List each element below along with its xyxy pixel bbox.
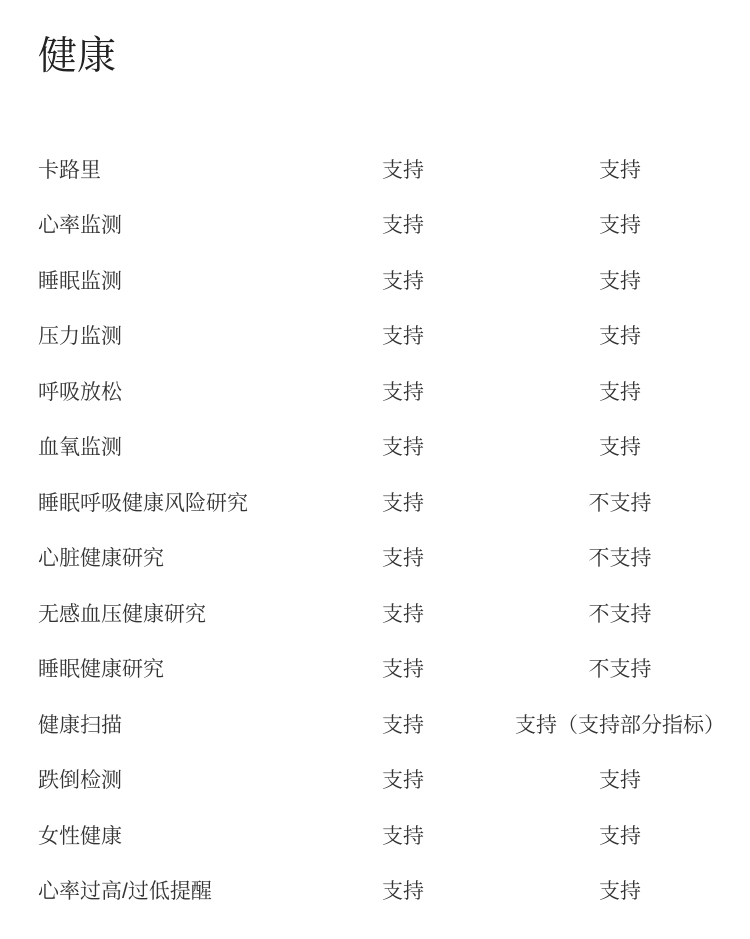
feature-label: 女性健康 — [38, 820, 292, 850]
table-row: 心率监测 支持 支持 — [38, 196, 726, 252]
support-value-device-a: 支持 — [292, 709, 514, 739]
support-value-device-b: 支持 — [514, 875, 726, 905]
feature-label: 健康扫描 — [38, 709, 292, 739]
table-row: 压力监测 支持 支持 — [38, 307, 726, 363]
support-value-device-b: 支持 — [514, 265, 726, 295]
support-value-device-a: 支持 — [292, 487, 514, 517]
feature-label: 血氧监测 — [38, 431, 292, 461]
table-row: 女性健康 支持 支持 — [38, 807, 726, 863]
support-value-device-b: 支持 — [514, 431, 726, 461]
feature-label: 无感血压健康研究 — [38, 598, 292, 628]
section-title: 健康 — [38, 34, 726, 81]
table-row: 卡路里 支持 支持 — [38, 141, 726, 197]
health-section: 健康 卡路里 支持 支持 心率监测 支持 支持 睡眠监测 支持 支持 压力监测 … — [0, 0, 750, 918]
support-value-device-a: 支持 — [292, 598, 514, 628]
support-value-device-b: 支持 — [514, 820, 726, 850]
table-row: 健康扫描 支持 支持（支持部分指标） — [38, 696, 726, 752]
support-value-device-b: 不支持 — [514, 542, 726, 572]
support-value-device-b: 支持 — [514, 154, 726, 184]
support-value-device-a: 支持 — [292, 653, 514, 683]
support-value-device-b: 不支持 — [514, 653, 726, 683]
feature-label: 跌倒检测 — [38, 764, 292, 794]
table-row: 呼吸放松 支持 支持 — [38, 363, 726, 419]
support-value-device-b: 支持 — [514, 764, 726, 794]
support-value-device-a: 支持 — [292, 209, 514, 239]
table-row: 血氧监测 支持 支持 — [38, 418, 726, 474]
feature-label: 心率监测 — [38, 209, 292, 239]
support-value-device-a: 支持 — [292, 320, 514, 350]
feature-label: 睡眠健康研究 — [38, 653, 292, 683]
support-value-device-b: 支持 — [514, 320, 726, 350]
support-value-device-b: 不支持 — [514, 598, 726, 628]
support-value-device-b: 支持（支持部分指标） — [514, 709, 726, 739]
support-value-device-a: 支持 — [292, 154, 514, 184]
support-value-device-b: 支持 — [514, 376, 726, 406]
table-row: 心率过高/过低提醒 支持 支持 — [38, 862, 726, 918]
support-value-device-b: 不支持 — [514, 487, 726, 517]
support-value-device-b: 支持 — [514, 209, 726, 239]
table-row: 跌倒检测 支持 支持 — [38, 751, 726, 807]
support-value-device-a: 支持 — [292, 431, 514, 461]
table-row: 睡眠健康研究 支持 不支持 — [38, 640, 726, 696]
support-value-device-a: 支持 — [292, 542, 514, 572]
feature-label: 睡眠监测 — [38, 265, 292, 295]
feature-label: 呼吸放松 — [38, 376, 292, 406]
support-value-device-a: 支持 — [292, 764, 514, 794]
feature-label: 睡眠呼吸健康风险研究 — [38, 487, 292, 517]
table-row: 睡眠监测 支持 支持 — [38, 252, 726, 308]
feature-label: 心率过高/过低提醒 — [38, 875, 292, 905]
feature-label: 压力监测 — [38, 320, 292, 350]
support-value-device-a: 支持 — [292, 376, 514, 406]
comparison-page: 健康 卡路里 支持 支持 心率监测 支持 支持 睡眠监测 支持 支持 压力监测 … — [0, 0, 750, 939]
table-row: 睡眠呼吸健康风险研究 支持 不支持 — [38, 474, 726, 530]
table-row: 心脏健康研究 支持 不支持 — [38, 529, 726, 585]
support-value-device-a: 支持 — [292, 820, 514, 850]
feature-label: 心脏健康研究 — [38, 542, 292, 572]
feature-comparison-table: 卡路里 支持 支持 心率监测 支持 支持 睡眠监测 支持 支持 压力监测 支持 … — [38, 141, 726, 918]
feature-label: 卡路里 — [38, 154, 292, 184]
support-value-device-a: 支持 — [292, 265, 514, 295]
table-row: 无感血压健康研究 支持 不支持 — [38, 585, 726, 641]
support-value-device-a: 支持 — [292, 875, 514, 905]
